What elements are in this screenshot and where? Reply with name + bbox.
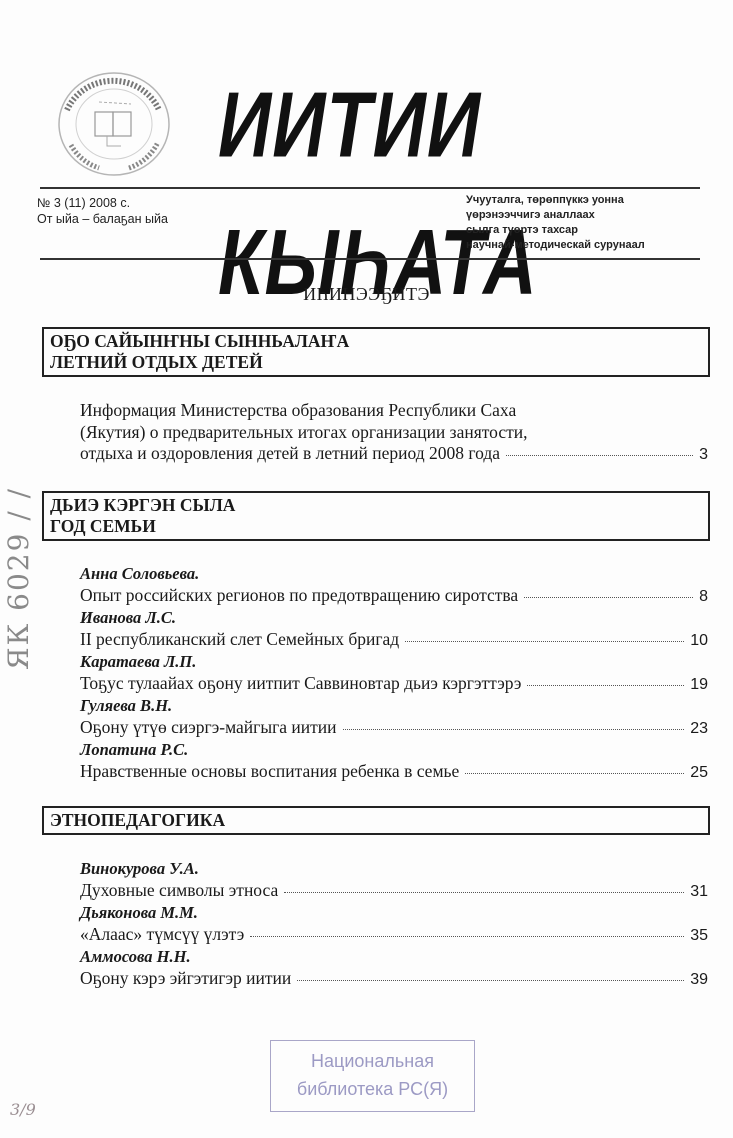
tagline-line: Учууталга, төрөппүккэ уонна <box>466 193 645 208</box>
journal-tagline: Учууталга, төрөппүккэ уонна үөрэнээччигэ… <box>466 193 645 253</box>
entry-author: Иванова Л.С. <box>80 607 708 629</box>
journal-title: ИИТИИ КЫҺАТА <box>218 56 668 194</box>
toc-entry[interactable]: Иванова Л.С. II республиканский слет Сем… <box>80 607 708 651</box>
entry-author: Анна Соловьева. <box>80 563 708 585</box>
stamp-line: Национальная <box>271 1047 474 1075</box>
entry-title: Оҕону кэрэ эйгэтигэр иитии <box>80 968 291 990</box>
section-heading-line: ЛЕТНИЙ ОТДЫХ ДЕТЕЙ <box>50 352 702 373</box>
toc-entry-list: Винокурова У.А. Духовные символы этноса … <box>80 858 708 990</box>
entry-title: Тоҕус тулаайах оҕону иитпит Саввиновтар … <box>80 673 521 695</box>
library-stamp: Национальная библиотека РС(Я) <box>270 1040 475 1112</box>
header-rule-bottom <box>40 258 700 260</box>
page-number: 3 <box>699 444 708 466</box>
entry-author: Лопатина Р.С. <box>80 739 708 761</box>
issue-period: От ыйа – балаҕан ыйа <box>37 211 168 227</box>
entry-title: Опыт российских регионов по предотвращен… <box>80 585 518 607</box>
page-number: 31 <box>690 881 708 903</box>
page-number: 25 <box>690 762 708 784</box>
section-heading-family-year: ДЬИЭ КЭРГЭН СЫЛА ГОД СЕМЬИ <box>42 491 710 541</box>
leader-dots <box>527 685 684 686</box>
section-heading-line: ГОД СЕМЬИ <box>50 516 702 537</box>
entry-author: Гуляева В.Н. <box>80 695 708 717</box>
page-number: 39 <box>690 969 708 991</box>
toc-entry[interactable]: Гуляева В.Н. Оҕону үтүө сиэргэ-майгыга и… <box>80 695 708 739</box>
page-number: 23 <box>690 718 708 740</box>
tagline-line: сылга түөртэ тахсар <box>466 223 645 238</box>
handwritten-corner-mark: 3/9 <box>10 1100 36 1119</box>
page-number: 19 <box>690 674 708 696</box>
issue-number: № 3 (11) 2008 с. <box>37 195 168 211</box>
section-heading-line: ОҔО САЙЫНҤНЫ СЫННЬАЛАҤА <box>50 331 702 352</box>
section-heading-ethnopedagogy: ЭТНОПЕДАГОГИКА <box>42 806 710 835</box>
entry-title-line: отдыха и оздоровления детей в летний пер… <box>80 443 500 465</box>
section-heading-summer-rest: ОҔО САЙЫНҤНЫ СЫННЬАЛАҤА ЛЕТНИЙ ОТДЫХ ДЕТ… <box>42 327 710 377</box>
section-heading-line: ДЬИЭ КЭРГЭН СЫЛА <box>50 495 702 516</box>
contents-title: ИҺИНЭЭҔИТЭ <box>0 284 733 305</box>
leader-dots <box>465 773 684 774</box>
entry-title-line: Информация Министерства образования Респ… <box>80 400 708 422</box>
toc-entry[interactable]: Дьяконова М.М. «Алаас» түмсүү үлэтэ 35 <box>80 902 708 946</box>
toc-entry[interactable]: Лопатина Р.С. Нравственные основы воспит… <box>80 739 708 783</box>
entry-author: Аммосова Н.Н. <box>80 946 708 968</box>
issue-info: № 3 (11) 2008 с. От ыйа – балаҕан ыйа <box>37 195 168 227</box>
page-number: 35 <box>690 925 708 947</box>
tagline-line: научнай-методическай сурунаал <box>466 238 645 253</box>
entry-title: II республиканский слет Семейных бригад <box>80 629 399 651</box>
handwritten-margin-note: ЯК 6029 / / <box>2 470 52 670</box>
entry-title: Оҕону үтүө сиэргэ-майгыга иитии <box>80 717 337 739</box>
toc-entry[interactable]: Винокурова У.А. Духовные символы этноса … <box>80 858 708 902</box>
page-number: 8 <box>699 586 708 608</box>
toc-entry[interactable]: Анна Соловьева. Опыт российских регионов… <box>80 563 708 607</box>
entry-title-line: (Якутия) о предварительных итогах органи… <box>80 422 708 444</box>
institute-seal-logo <box>55 70 173 178</box>
leader-dots <box>297 980 684 981</box>
entry-title: «Алаас» түмсүү үлэтэ <box>80 924 244 946</box>
stamp-line: библиотека РС(Я) <box>271 1075 474 1103</box>
leader-dots <box>343 729 685 730</box>
leader-dots <box>524 597 693 598</box>
section-heading-line: ЭТНОПЕДАГОГИКА <box>50 810 702 831</box>
toc-entry[interactable]: Информация Министерства образования Респ… <box>80 400 708 466</box>
entry-author: Каратаева Л.П. <box>80 651 708 673</box>
leader-dots <box>405 641 684 642</box>
leader-dots <box>506 455 693 456</box>
page-number: 10 <box>690 630 708 652</box>
toc-entry-list: Анна Соловьева. Опыт российских регионов… <box>80 563 708 783</box>
leader-dots <box>250 936 684 937</box>
entry-author: Винокурова У.А. <box>80 858 708 880</box>
toc-entry[interactable]: Каратаева Л.П. Тоҕус тулаайах оҕону иитп… <box>80 651 708 695</box>
tagline-line: үөрэнээччигэ аналлаах <box>466 208 645 223</box>
toc-entry[interactable]: Аммосова Н.Н. Оҕону кэрэ эйгэтигэр иитии… <box>80 946 708 990</box>
entry-title: Нравственные основы воспитания ребенка в… <box>80 761 459 783</box>
leader-dots <box>284 892 684 893</box>
entry-title: Духовные символы этноса <box>80 880 278 902</box>
entry-author: Дьяконова М.М. <box>80 902 708 924</box>
institute-seal-book-icon <box>55 70 173 178</box>
header-rule-top <box>40 187 700 189</box>
